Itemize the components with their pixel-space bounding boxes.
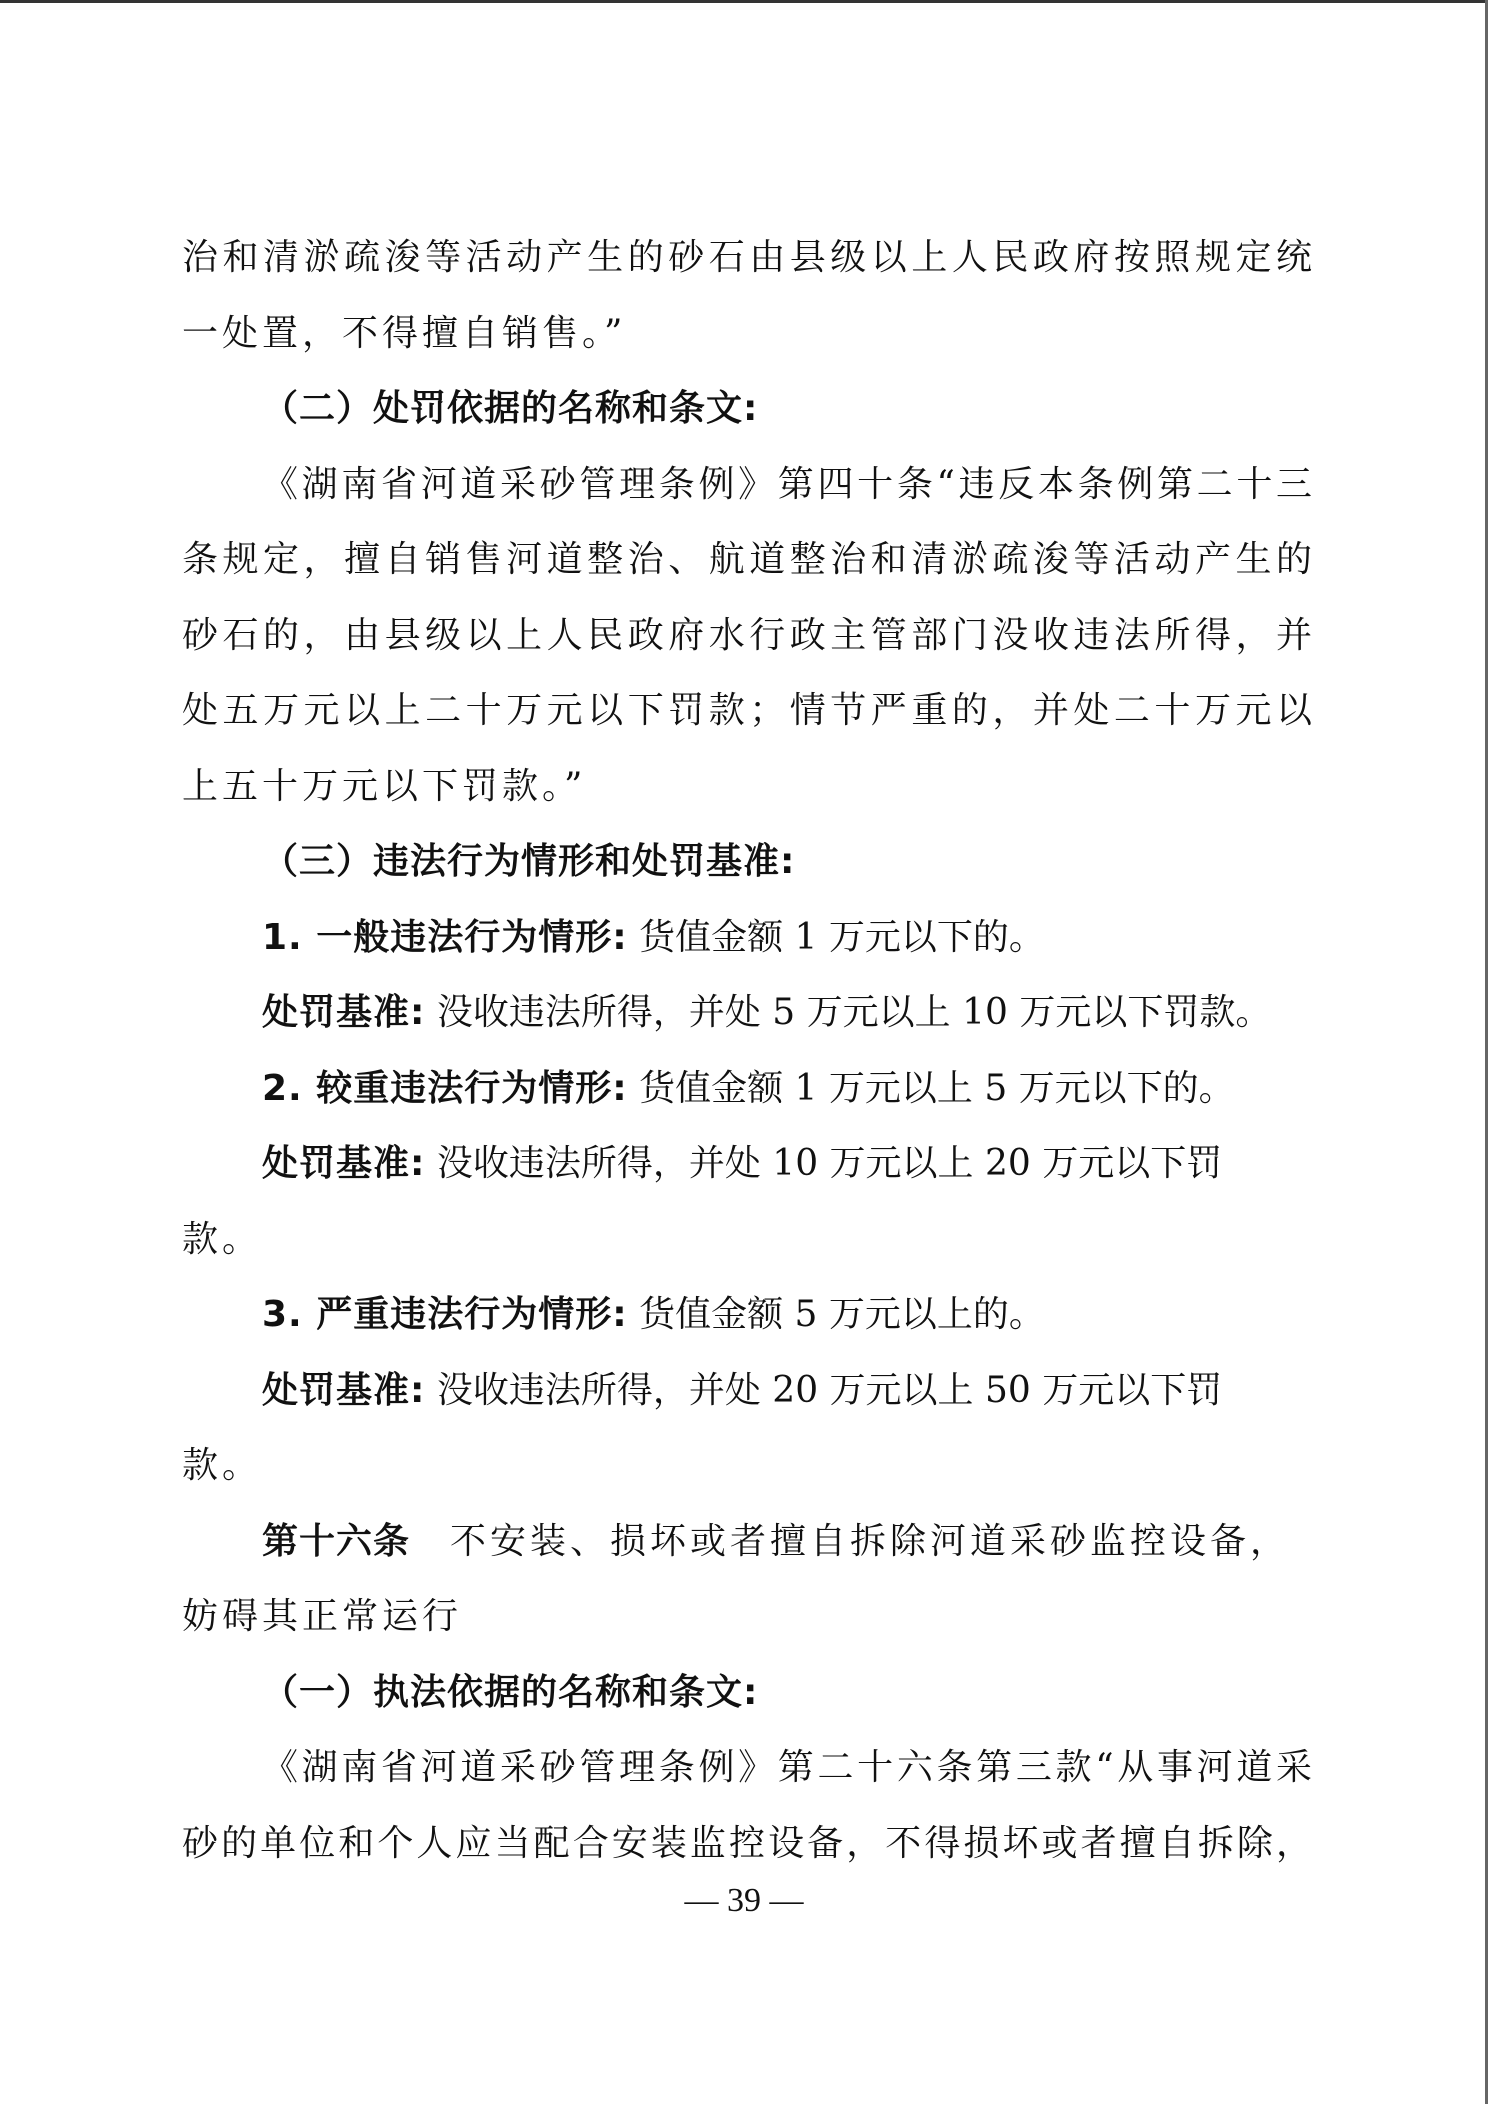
criteria-item-serious: 2. 较重违法行为情形: 货值金额 1 万元以上 5 万元以下的。	[182, 1051, 1312, 1127]
criteria-text: 货值金额 1 万元以下的。	[628, 917, 1045, 958]
paragraph-line: 治和清淤疏浚等活动产生的砂石由县级以上人民政府按照规定统	[182, 220, 1312, 296]
penalty-standard-severe: 处罚基准: 没收违法所得，并处 20 万元以上 50 万元以下罚	[182, 1353, 1312, 1429]
criteria-label: 2. 较重违法行为情形:	[262, 1068, 628, 1109]
penalty-text: 没收违法所得，并处 5 万元以上 10 万元以下罚款。	[425, 992, 1271, 1033]
penalty-text: 没收违法所得，并处 10 万元以上 20 万元以下罚	[425, 1143, 1222, 1184]
criteria-text: 货值金额 1 万元以上 5 万元以下的。	[628, 1068, 1235, 1109]
penalty-label: 处罚基准:	[262, 992, 425, 1033]
penalty-standard-serious: 处罚基准: 没收违法所得，并处 10 万元以上 20 万元以下罚	[182, 1126, 1312, 1202]
penalty-standard-general: 处罚基准: 没收违法所得，并处 5 万元以上 10 万元以下罚款。	[182, 975, 1312, 1051]
page-top-border	[0, 0, 1488, 3]
criteria-text: 货值金额 5 万元以上的。	[628, 1294, 1045, 1335]
penalty-label: 处罚基准:	[262, 1370, 425, 1411]
article-title: 第十六条	[262, 1521, 410, 1562]
paragraph-line: 款。	[182, 1428, 1312, 1504]
article-text: 不安装、损坏或者擅自拆除河道采砂监控设备，	[450, 1521, 1290, 1562]
section-heading-penalty-basis: （二）处罚依据的名称和条文:	[182, 371, 1312, 447]
article-16-heading: 第十六条不安装、损坏或者擅自拆除河道采砂监控设备，	[182, 1504, 1312, 1580]
section-heading-violation-criteria: （三）违法行为情形和处罚基准:	[182, 824, 1312, 900]
criteria-item-severe: 3. 严重违法行为情形: 货值金额 5 万元以上的。	[182, 1277, 1312, 1353]
penalty-label: 处罚基准:	[262, 1143, 425, 1184]
criteria-label: 3. 严重违法行为情形:	[262, 1294, 628, 1335]
paragraph-line: 款。	[182, 1202, 1312, 1278]
paragraph-line: 妨碍其正常运行	[182, 1579, 1312, 1655]
paragraph-line: 上五十万元以下罚款。”	[182, 749, 1312, 825]
penalty-text: 没收违法所得，并处 20 万元以上 50 万元以下罚	[425, 1370, 1222, 1411]
paragraph-line: 《湖南省河道采砂管理条例》第四十条“违反本条例第二十三	[182, 447, 1312, 523]
section-heading-enforcement-basis: （一）执法依据的名称和条文:	[182, 1655, 1312, 1731]
paragraph-line: 《湖南省河道采砂管理条例》第二十六条第三款“从事河道采	[182, 1730, 1312, 1806]
paragraph-line: 一处置，不得擅自销售。”	[182, 296, 1312, 372]
paragraph-line: 砂的单位和个人应当配合安装监控设备，不得损坏或者擅自拆除，	[182, 1806, 1312, 1882]
document-body: 治和清淤疏浚等活动产生的砂石由县级以上人民政府按照规定统 一处置，不得擅自销售。…	[182, 220, 1312, 1881]
paragraph-line: 处五万元以上二十万元以下罚款；情节严重的，并处二十万元以	[182, 673, 1312, 749]
criteria-label: 1. 一般违法行为情形:	[262, 917, 628, 958]
page-number: — 39 —	[0, 1882, 1488, 1920]
paragraph-line: 条规定，擅自销售河道整治、航道整治和清淤疏浚等活动产生的	[182, 522, 1312, 598]
paragraph-line: 砂石的，由县级以上人民政府水行政主管部门没收违法所得，并	[182, 598, 1312, 674]
criteria-item-general: 1. 一般违法行为情形: 货值金额 1 万元以下的。	[182, 900, 1312, 976]
